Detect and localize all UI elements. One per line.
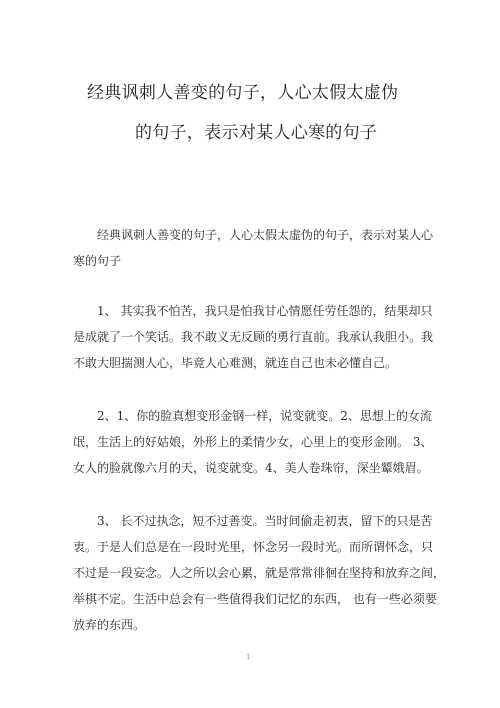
page-number: 1 — [246, 653, 250, 661]
paragraph-line: 3、 长不过执念，短不过善变。当时间偷走初衷，留下的只是苦 — [73, 508, 413, 534]
paragraph-line: 衷。于是人们总是在一段时光里，怀念另一段时光。而所谓怀念，只 — [73, 534, 413, 560]
document-title-line-2: 的句子，表示对某人心寒的句子 — [135, 118, 377, 143]
paragraph-line: 寒的句子 — [73, 248, 413, 274]
paragraph-3: 3、 长不过执念，短不过善变。当时间偷走初衷，留下的只是苦 衷。于是人们总是在一… — [73, 508, 413, 638]
paragraph-line: 氓，生活上的好姑娘，外形上的柔情少女，心里上的变形金刚。 3、 — [73, 429, 413, 455]
paragraph-line: 不过是一段妄念。人之所以会心累，就是常常徘徊在坚持和放弃之间， — [73, 560, 413, 586]
paragraph-1: 1、 其实我不怕苦，我只是怕我甘心情愿任劳任怨的，结果却只 是成就了一个笑话。我… — [73, 298, 413, 376]
document-title-line-1: 经典讽刺人善变的句子，人心太假太虚伪 — [87, 78, 398, 103]
paragraph-2: 2、1、你的脸真想变形金钢一样，说变就变。2、思想上的女流 氓，生活上的好姑娘，… — [73, 403, 413, 481]
paragraph-line: 1、 其实我不怕苦，我只是怕我甘心情愿任劳任怨的，结果却只 — [73, 298, 413, 324]
paragraph-line: 不敢大胆揣测人心，毕竟人心难测，就连自己也未必懂自己。 — [73, 350, 413, 376]
paragraph-line: 举棋不定。生活中总会有一些值得我们记忆的东西， 也有一些必须要 — [73, 586, 413, 612]
paragraph-line: 经典讽刺人善变的句子，人心太假太虚伪的句子，表示对某人心 — [73, 222, 413, 248]
paragraph-line: 放弃的东西。 — [73, 612, 413, 638]
intro-paragraph: 经典讽刺人善变的句子，人心太假太虚伪的句子，表示对某人心 寒的句子 — [73, 222, 413, 274]
paragraph-line: 是成就了一个笑话。我不敢义无反顾的勇行直前。我承认我胆小。我 — [73, 324, 413, 350]
paragraph-line: 2、1、你的脸真想变形金钢一样，说变就变。2、思想上的女流 — [73, 403, 413, 429]
paragraph-line: 女人的脸就像六月的天，说变就变。4、美人卷珠帘，深坐颦娥眉。 — [73, 455, 413, 481]
